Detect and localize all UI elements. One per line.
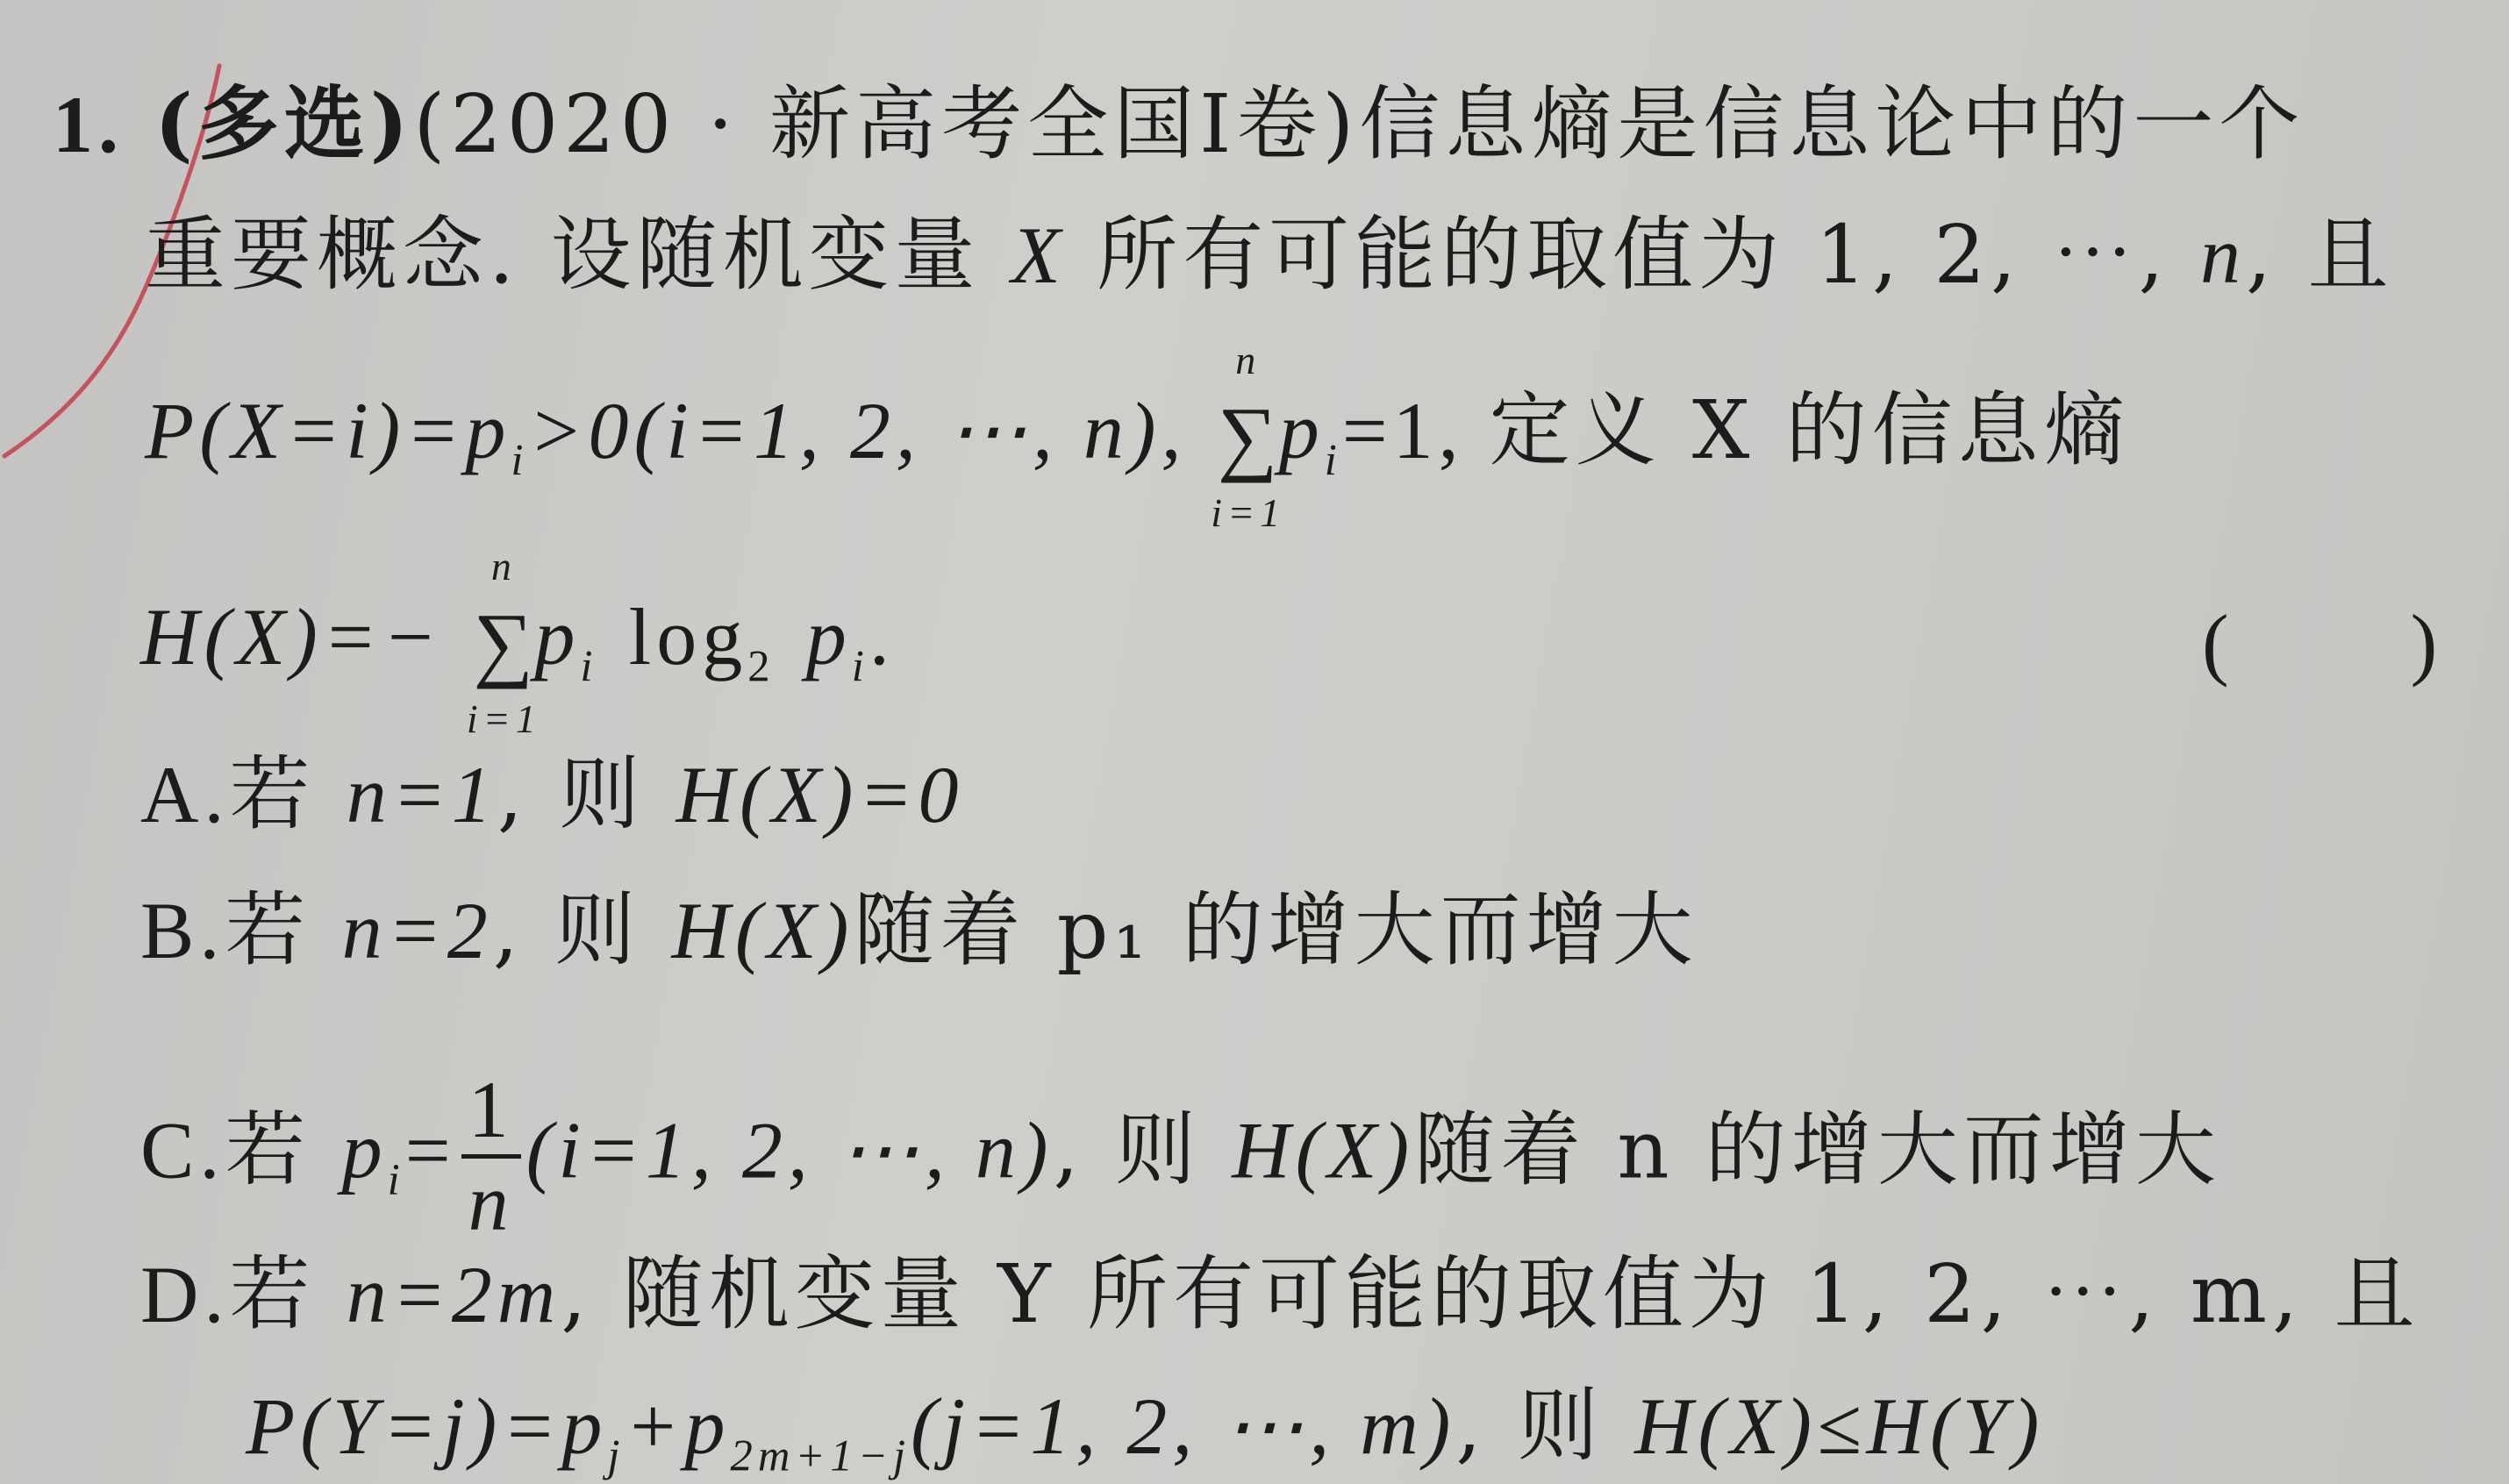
- math-log: log: [629, 592, 748, 681]
- question-type-tag: (多选): [154, 76, 413, 171]
- option-d-line-2: P(Y=j)=pj+p2m+1−j(j=1, 2, ⋯, m), 则 H(X)≤…: [246, 1386, 2044, 1478]
- option-label: C.: [140, 1106, 225, 1195]
- option-d[interactable]: D.若 n=2m, 随机变量 Y 所有可能的取值为 1, 2, ⋯, m, 且: [140, 1254, 2420, 1335]
- option-text: 若: [225, 883, 341, 977]
- option-text: , 则: [493, 883, 672, 977]
- math-expr: >0(i=1, 2, ⋯, n),: [528, 386, 1186, 475]
- math-expr: H(X): [1232, 1106, 1414, 1195]
- math-expr: =1,: [1342, 386, 1490, 475]
- stem-text: 信息熵是信息论中的一个: [1359, 77, 2305, 171]
- option-text: 随着 n 的增大而增大: [1414, 1103, 2221, 1197]
- fraction-numerator: 1: [461, 1066, 521, 1159]
- summation: n ∑ i=1: [473, 601, 534, 685]
- math-expr: n=2: [342, 886, 493, 975]
- math-var: n: [2200, 210, 2246, 300]
- math-expr: (i=1, 2, ⋯, n): [526, 1106, 1054, 1195]
- math-sub: i: [852, 641, 869, 690]
- sum-upper-limit: n: [1218, 340, 1279, 381]
- math-sub: i: [511, 435, 528, 484]
- option-label: A.: [140, 750, 229, 839]
- math-expr: H(X): [671, 886, 854, 975]
- sum-lower-limit: i=1: [464, 699, 543, 739]
- option-text: 随着 p₁ 的增大而增大: [854, 883, 1698, 977]
- question-line-2: 重要概念. 设随机变量 X 所有可能的取值为 1, 2, ⋯, n, 且: [145, 215, 2393, 296]
- option-text: , 则: [497, 747, 676, 841]
- question-line-1: 1. (多选)(2020 · 新高考全国Ⅰ卷)信息熵是信息论中的一个: [53, 83, 2305, 165]
- sigma-icon: ∑: [473, 596, 538, 689]
- question-source-tag: (2020 · 新高考全国Ⅰ卷): [413, 77, 1359, 171]
- math-expr: H(X)=−: [140, 592, 442, 681]
- option-text: , 则: [1455, 1379, 1634, 1473]
- summation: n ∑ i=1: [1218, 395, 1279, 479]
- sum-upper-limit: n: [473, 546, 534, 587]
- math-sub: j: [607, 1430, 625, 1480]
- fraction: 1n: [461, 1066, 521, 1247]
- entropy-formula: H(X)=− n ∑ i=1 pi log2 pi.: [140, 596, 895, 688]
- math-sub: i: [388, 1155, 405, 1204]
- math-expr: P(X=i)=p: [145, 386, 511, 475]
- fraction-denominator: n: [461, 1159, 521, 1247]
- stem-text: 重要概念. 设随机变量: [145, 208, 1011, 302]
- question-number: 1.: [53, 80, 124, 169]
- math-sub: i: [1325, 435, 1342, 484]
- option-text: 若: [225, 1103, 341, 1197]
- math-sub: 2: [747, 641, 775, 690]
- option-text: 若: [229, 747, 346, 841]
- math-sub: 2m+1−j: [731, 1430, 911, 1480]
- math-var: X: [1011, 210, 1066, 300]
- option-c[interactable]: C.若 pi=1n(i=1, 2, ⋯, n), 则 H(X)随着 n 的增大而…: [140, 1066, 2221, 1247]
- sum-lower-limit: i=1: [1209, 493, 1288, 533]
- math-expr: .: [869, 592, 895, 681]
- math-var: p: [806, 592, 852, 681]
- stem-text: 所有可能的取值为 1, 2, ⋯,: [1066, 208, 2200, 302]
- math-var: p: [534, 592, 580, 681]
- math-expr: (j=1, 2, ⋯, m): [911, 1381, 1455, 1471]
- math-expr: H(X)≤H(Y): [1634, 1381, 2044, 1471]
- math-sub: i: [580, 641, 597, 690]
- option-text: , 则: [1054, 1103, 1233, 1197]
- stem-text: 定义 X 的信息熵: [1490, 383, 2130, 477]
- answer-blank[interactable]: ( ): [2202, 596, 2437, 689]
- math-expr: n=1: [347, 750, 497, 839]
- option-b[interactable]: B.若 n=2, 则 H(X)随着 p₁ 的增大而增大: [140, 890, 1698, 971]
- option-label: D.: [140, 1250, 229, 1339]
- sigma-icon: ∑: [1218, 389, 1283, 483]
- question-line-3: P(X=i)=pi>0(i=1, 2, ⋯, n), n ∑ i=1 pi=1,…: [145, 390, 2130, 482]
- option-text: , 随机变量 Y 所有可能的取值为 1, 2, ⋯, m, 且: [561, 1247, 2420, 1341]
- option-label: B.: [140, 886, 225, 975]
- stem-text: , 且: [2246, 208, 2394, 302]
- option-a[interactable]: A.若 n=1, 则 H(X)=0: [140, 754, 964, 835]
- math-expr: n=2m: [347, 1250, 561, 1339]
- math-var: p: [342, 1106, 388, 1195]
- math-expr: H(X)=0: [676, 750, 964, 839]
- math-var: p: [1279, 386, 1325, 475]
- option-text: 若: [229, 1247, 346, 1341]
- math-expr: P(Y=j)=p: [246, 1381, 607, 1471]
- math-expr: +p: [625, 1381, 730, 1471]
